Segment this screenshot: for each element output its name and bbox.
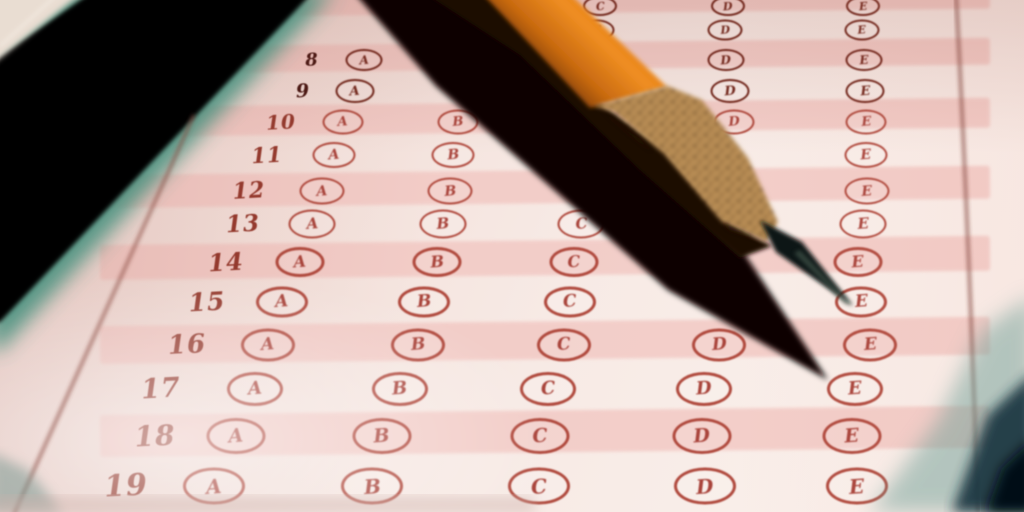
answer-sheet-photo: CDECDE8ADE9ADE10ABDE11ABE12ABE13ABCE14AB… <box>0 0 1024 512</box>
option-letter: E <box>857 216 869 232</box>
option-letter: D <box>724 84 736 98</box>
option-letter: A <box>293 254 307 271</box>
option-bubble-e: E <box>823 418 882 454</box>
option-bubble-c: C <box>544 287 596 318</box>
option-letter: E <box>844 426 860 446</box>
question-number: 11 <box>251 142 283 169</box>
option-bubble-e: E <box>846 0 880 16</box>
option-letter: B <box>392 379 408 398</box>
option-bubble-a: A <box>276 247 325 277</box>
option-bubble-a: A <box>207 418 266 454</box>
option-letter: E <box>863 336 877 354</box>
option-bubble-c: C <box>511 418 570 454</box>
option-bubble-c: C <box>558 210 605 239</box>
option-bubble-d: D <box>711 0 745 16</box>
question-number: 8 <box>305 49 320 71</box>
option-letter: B <box>436 216 450 232</box>
option-bubble-d: D <box>674 468 736 505</box>
option-letter: B <box>444 184 457 199</box>
question-number: 16 <box>167 329 207 361</box>
option-letter: E <box>854 293 868 311</box>
option-bubble-b: B <box>428 178 473 205</box>
option-letter: D <box>696 379 713 398</box>
option-letter: A <box>316 184 328 199</box>
option-bubble-e: E <box>846 79 885 103</box>
option-letter: E <box>849 475 866 496</box>
question-number: 12 <box>232 177 266 205</box>
option-bubble-e: E <box>827 372 883 406</box>
option-bubble-d: D <box>708 20 743 41</box>
option-bubble-e: E <box>846 110 887 135</box>
option-letter: A <box>350 84 361 98</box>
option-bubble-e: E <box>834 247 883 277</box>
option-letter: A <box>306 216 319 232</box>
option-letter: A <box>261 336 275 354</box>
option-letter: D <box>711 336 727 354</box>
option-bubble-c: C <box>550 247 599 277</box>
option-bubble-a: A <box>183 468 245 505</box>
option-bubble-b: B <box>353 418 412 454</box>
question-number: 9 <box>295 80 310 103</box>
option-bubble-a: A <box>336 79 375 103</box>
option-letter: E <box>861 184 873 199</box>
option-letter: A <box>206 475 223 496</box>
option-bubble-c: C <box>583 0 617 16</box>
option-bubble-b: B <box>413 247 462 277</box>
option-bubble-a: A <box>227 372 283 406</box>
option-bubble-c: C <box>580 20 615 41</box>
option-letter: E <box>857 24 866 36</box>
option-letter: E <box>860 84 871 98</box>
option-letter: C <box>592 24 602 36</box>
option-bubble-a: A <box>313 142 356 168</box>
option-letter: E <box>860 148 872 163</box>
question-number: 19 <box>103 467 149 504</box>
option-letter: A <box>359 54 369 67</box>
option-letter: D <box>696 475 715 496</box>
option-bubble-e: E <box>843 329 897 362</box>
option-bubble-e: E <box>840 210 887 239</box>
option-bubble-b: B <box>391 329 445 362</box>
option-letter: B <box>410 336 426 354</box>
option-bubble-d: D <box>692 329 746 362</box>
option-letter: B <box>373 426 390 446</box>
option-letter: B <box>363 475 381 496</box>
option-letter: D <box>720 54 731 67</box>
option-bubble-a: A <box>346 49 383 71</box>
option-bubble-b: B <box>438 110 479 135</box>
option-bubble-e: E <box>845 178 890 205</box>
option-letter: D <box>723 0 733 12</box>
option-letter: B <box>416 293 432 311</box>
option-bubble-a: A <box>323 110 364 135</box>
option-bubble-d: D <box>711 79 750 103</box>
option-letter: A <box>328 148 340 163</box>
option-letter: E <box>848 380 863 399</box>
bubble-grid: CDECDE8ADE9ADE10ABDE11ABE12ABE13ABCE14AB… <box>0 0 1024 512</box>
question-number: 17 <box>140 372 181 405</box>
option-letter: C <box>540 380 556 399</box>
option-letter: C <box>567 254 581 271</box>
question-number: 14 <box>208 247 245 278</box>
option-bubble-b: B <box>341 468 403 505</box>
option-bubble-b: B <box>372 372 428 406</box>
option-letter: C <box>530 475 547 496</box>
option-bubble-e: E <box>845 142 888 168</box>
option-bubble-a: A <box>256 287 308 318</box>
option-bubble-b: B <box>432 142 475 168</box>
option-letter: E <box>859 54 869 67</box>
option-bubble-c: C <box>520 372 576 406</box>
option-bubble-e: E <box>835 287 887 318</box>
option-bubble-b: B <box>398 287 450 318</box>
option-letter: B <box>430 254 445 271</box>
option-bubble-e: E <box>846 49 883 71</box>
option-bubble-e: E <box>826 468 888 505</box>
option-bubble-d: D <box>676 372 732 406</box>
question-number: 18 <box>134 418 177 453</box>
option-bubble-d: D <box>714 110 755 135</box>
question-number: 10 <box>265 109 296 135</box>
option-letter: A <box>338 115 349 129</box>
option-letter: A <box>275 293 289 311</box>
option-bubble-a: A <box>241 329 295 362</box>
option-bubble-b: B <box>420 210 467 239</box>
option-letter: D <box>720 24 730 36</box>
option-letter: C <box>557 336 572 354</box>
option-bubble-d: D <box>708 49 745 71</box>
option-letter: C <box>595 0 605 12</box>
option-bubble-c: C <box>537 329 591 362</box>
option-bubble-d: D <box>673 418 732 454</box>
question-number: 13 <box>225 210 260 239</box>
option-letter: A <box>247 380 262 399</box>
option-bubble-a: A <box>289 210 336 239</box>
option-letter: C <box>532 426 548 446</box>
option-letter: D <box>693 426 711 446</box>
option-bubble-c: C <box>508 468 570 505</box>
option-letter: B <box>452 115 464 129</box>
option-letter: E <box>858 0 867 12</box>
option-letter: B <box>447 148 460 163</box>
option-letter: A <box>228 426 244 446</box>
option-letter: E <box>861 115 872 129</box>
question-number: 15 <box>188 287 226 318</box>
option-letter: C <box>575 216 588 232</box>
option-letter: C <box>563 293 578 311</box>
option-bubble-e: E <box>845 20 880 41</box>
option-letter: E <box>851 254 864 271</box>
option-letter: D <box>728 115 740 129</box>
option-bubble-a: A <box>300 178 345 205</box>
